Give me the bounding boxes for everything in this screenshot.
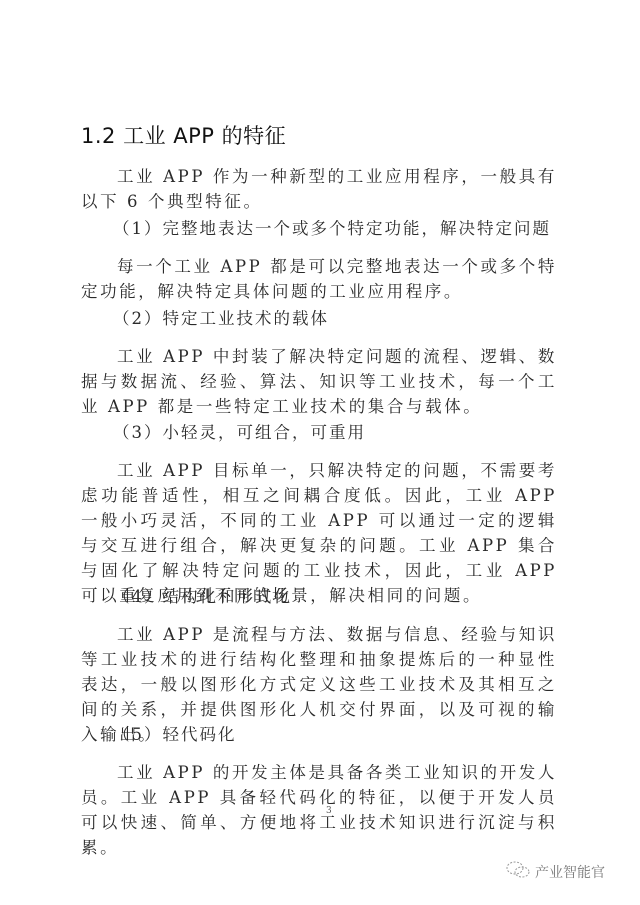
watermark-label: 产业智能官: [535, 862, 605, 882]
watermark: 产业智能官: [505, 860, 605, 884]
subsection-title-1: （1）完整地表达一个或多个特定功能，解决特定问题: [113, 216, 551, 241]
section-heading: 1.2 工业 APP 的特征: [81, 120, 286, 150]
subsection-title-4: （4）结构化和形式化: [113, 584, 292, 609]
wechat-icon: [505, 860, 531, 884]
intro-paragraph: 工业 APP 作为一种新型的工业应用程序，一般具有以下 6 个典型特征。: [81, 164, 557, 214]
subsection-title-3: （3）小轻灵，可组合，可重用: [113, 420, 366, 445]
subsection-body-5: 工业 APP 的开发主体是具备各类工业知识的开发人员。工业 APP 具备轻代码化…: [81, 760, 557, 860]
page-number: 3: [326, 806, 332, 816]
subsection-title-5: （5）轻代码化: [113, 722, 237, 747]
subsection-body-1: 每一个工业 APP 都是可以完整地表达一个或多个特定功能，解决特定具体问题的工业…: [81, 254, 557, 304]
subsection-body-2: 工业 APP 中封装了解决特定问题的流程、逻辑、数据与数据流、经验、算法、知识等…: [81, 344, 557, 419]
subsection-title-2: （2）特定工业技术的载体: [113, 306, 329, 331]
